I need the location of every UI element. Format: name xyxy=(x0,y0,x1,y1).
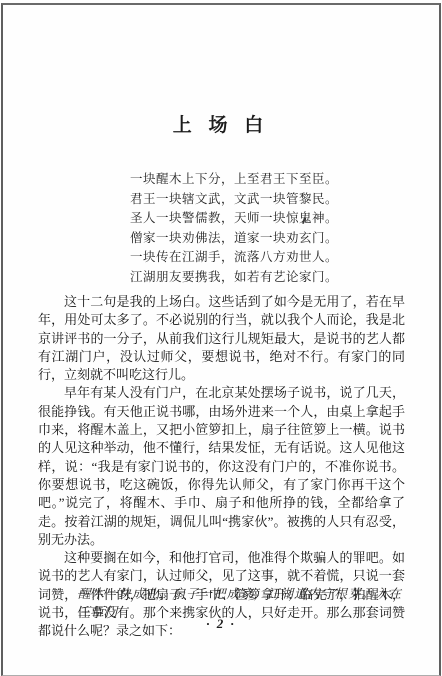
opening-verse: 一块醒木上下分，上至君王下至臣。 君王一块辖文武，文武一块管黎民。 圣人一块警儒… xyxy=(130,170,338,287)
page-number: · 2 · xyxy=(0,616,442,632)
verse-line: 一块醒木上下分，上至君王下至臣。 xyxy=(130,170,338,190)
verse-line: 一块传在江湖手，流落八方劝世人。 xyxy=(130,248,338,268)
paragraph: 这十二句是我的上场白。这些话到了如今是无用了，若在早年，用处可太多了。不必说别的… xyxy=(38,293,405,384)
paragraph: 早年有某人没有门户，在北京某处摆场子说书，说了几天，很能挣钱。有天他正说书哪，由… xyxy=(38,384,405,549)
verse-line: 僧家一块劝佛法，道家一块劝玄门。 xyxy=(130,229,338,249)
verse-line: 君王一块辖文武，文武一块管黎民。 xyxy=(130,190,338,210)
book-page: 上 场 白 一块醒木上下分，上至君王下至臣。 君王一块辖文武，文武一块管黎民。 … xyxy=(0,0,442,676)
chapter-title: 上 场 白 xyxy=(0,110,442,137)
verse-line: 江湖朋友要携我，如若有艺论家门。 xyxy=(130,268,338,288)
verse-line: 圣人一块警儒教，天师一块惊鬼神。 xyxy=(130,209,338,229)
quoted-verse-start: 醒木一块成业，扇子一把成家，江湖道内守根芽。入在三臣门 xyxy=(78,584,414,620)
